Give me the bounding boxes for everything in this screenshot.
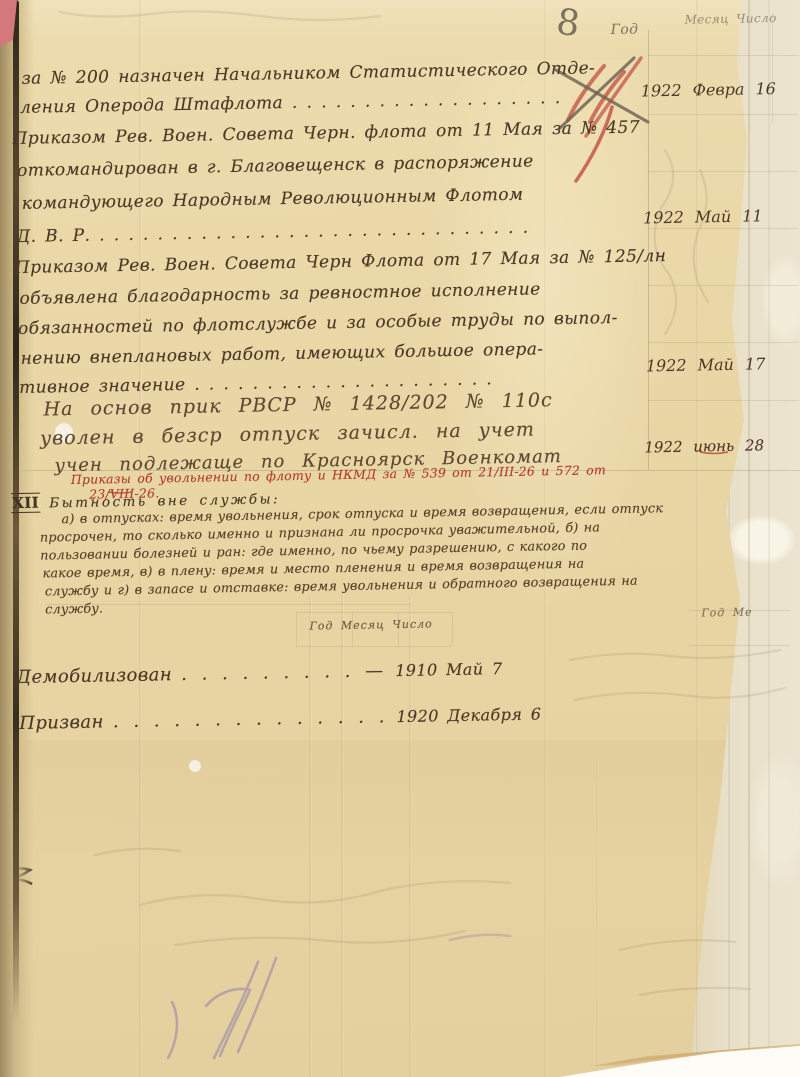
entry-line: Приказом Рев. Воен. Совета Черн Флота от… bbox=[15, 246, 667, 278]
sheet-number: 8 bbox=[554, 1, 583, 45]
document-scan-page: 8 Год Месяц Число за № 200 назначен Нача… bbox=[0, 0, 800, 1077]
entry-line: нению внеплановых работ, имеющих большое… bbox=[20, 339, 543, 369]
entry-line: откомандирован в г. Благовещенск в распо… bbox=[17, 151, 534, 180]
register-row-date: 1910 Май 7 bbox=[395, 659, 503, 680]
entry-date-red: 1922 июнь 28 bbox=[644, 436, 764, 456]
entry-date: 1922 Май 11 bbox=[643, 206, 763, 227]
register-row: Демобилизован . . . . . . . . . — 1910 М… bbox=[16, 658, 502, 688]
entry-line: ления Оперода Штафлота . . . . . . . . .… bbox=[20, 88, 561, 118]
handwriting-layer: 8 Год Месяц Число за № 200 назначен Нача… bbox=[0, 0, 800, 1077]
register-row-date: 1920 Декабря 6 bbox=[396, 704, 541, 726]
register-row-dots: . . . . . . . . . — bbox=[181, 660, 386, 685]
entry-line: Приказом Рев. Воен. Совета Черн. флота о… bbox=[12, 118, 640, 149]
section-number: XII bbox=[11, 493, 40, 514]
register-row-label: Демобилизован bbox=[16, 664, 172, 688]
entry-line: за № 200 назначен Начальником Статистиче… bbox=[21, 58, 595, 89]
entry-date: 1922 Февра 16 bbox=[641, 79, 776, 100]
section-text-line: службу. bbox=[45, 601, 103, 617]
register-row-label: Призван bbox=[19, 711, 104, 734]
entry-line: обязанностей по флотслужбе и за особые т… bbox=[18, 308, 618, 339]
register-header-right: Год Ме bbox=[701, 606, 752, 620]
column-header-month-day: Месяц Число bbox=[684, 11, 776, 27]
entry-line: Д. В. Р. . . . . . . . . . . . . . . . .… bbox=[16, 218, 528, 247]
entry-date: 1922 Май 17 bbox=[646, 354, 766, 375]
entry-line: уволен в безср отпуск зачисл. на учет bbox=[40, 419, 535, 450]
column-header-year: Год bbox=[611, 22, 639, 39]
entry-line: командующего Народным Революционным Флот… bbox=[22, 185, 524, 214]
register-row-dots: . . . . . . . . . . . . . . bbox=[113, 706, 388, 732]
entry-line: объявлена благодарность за ревностное ис… bbox=[19, 279, 540, 309]
register-header-mid: Год Месяц Число bbox=[309, 617, 432, 632]
register-row: Призван . . . . . . . . . . . . . . 1920… bbox=[19, 703, 541, 734]
